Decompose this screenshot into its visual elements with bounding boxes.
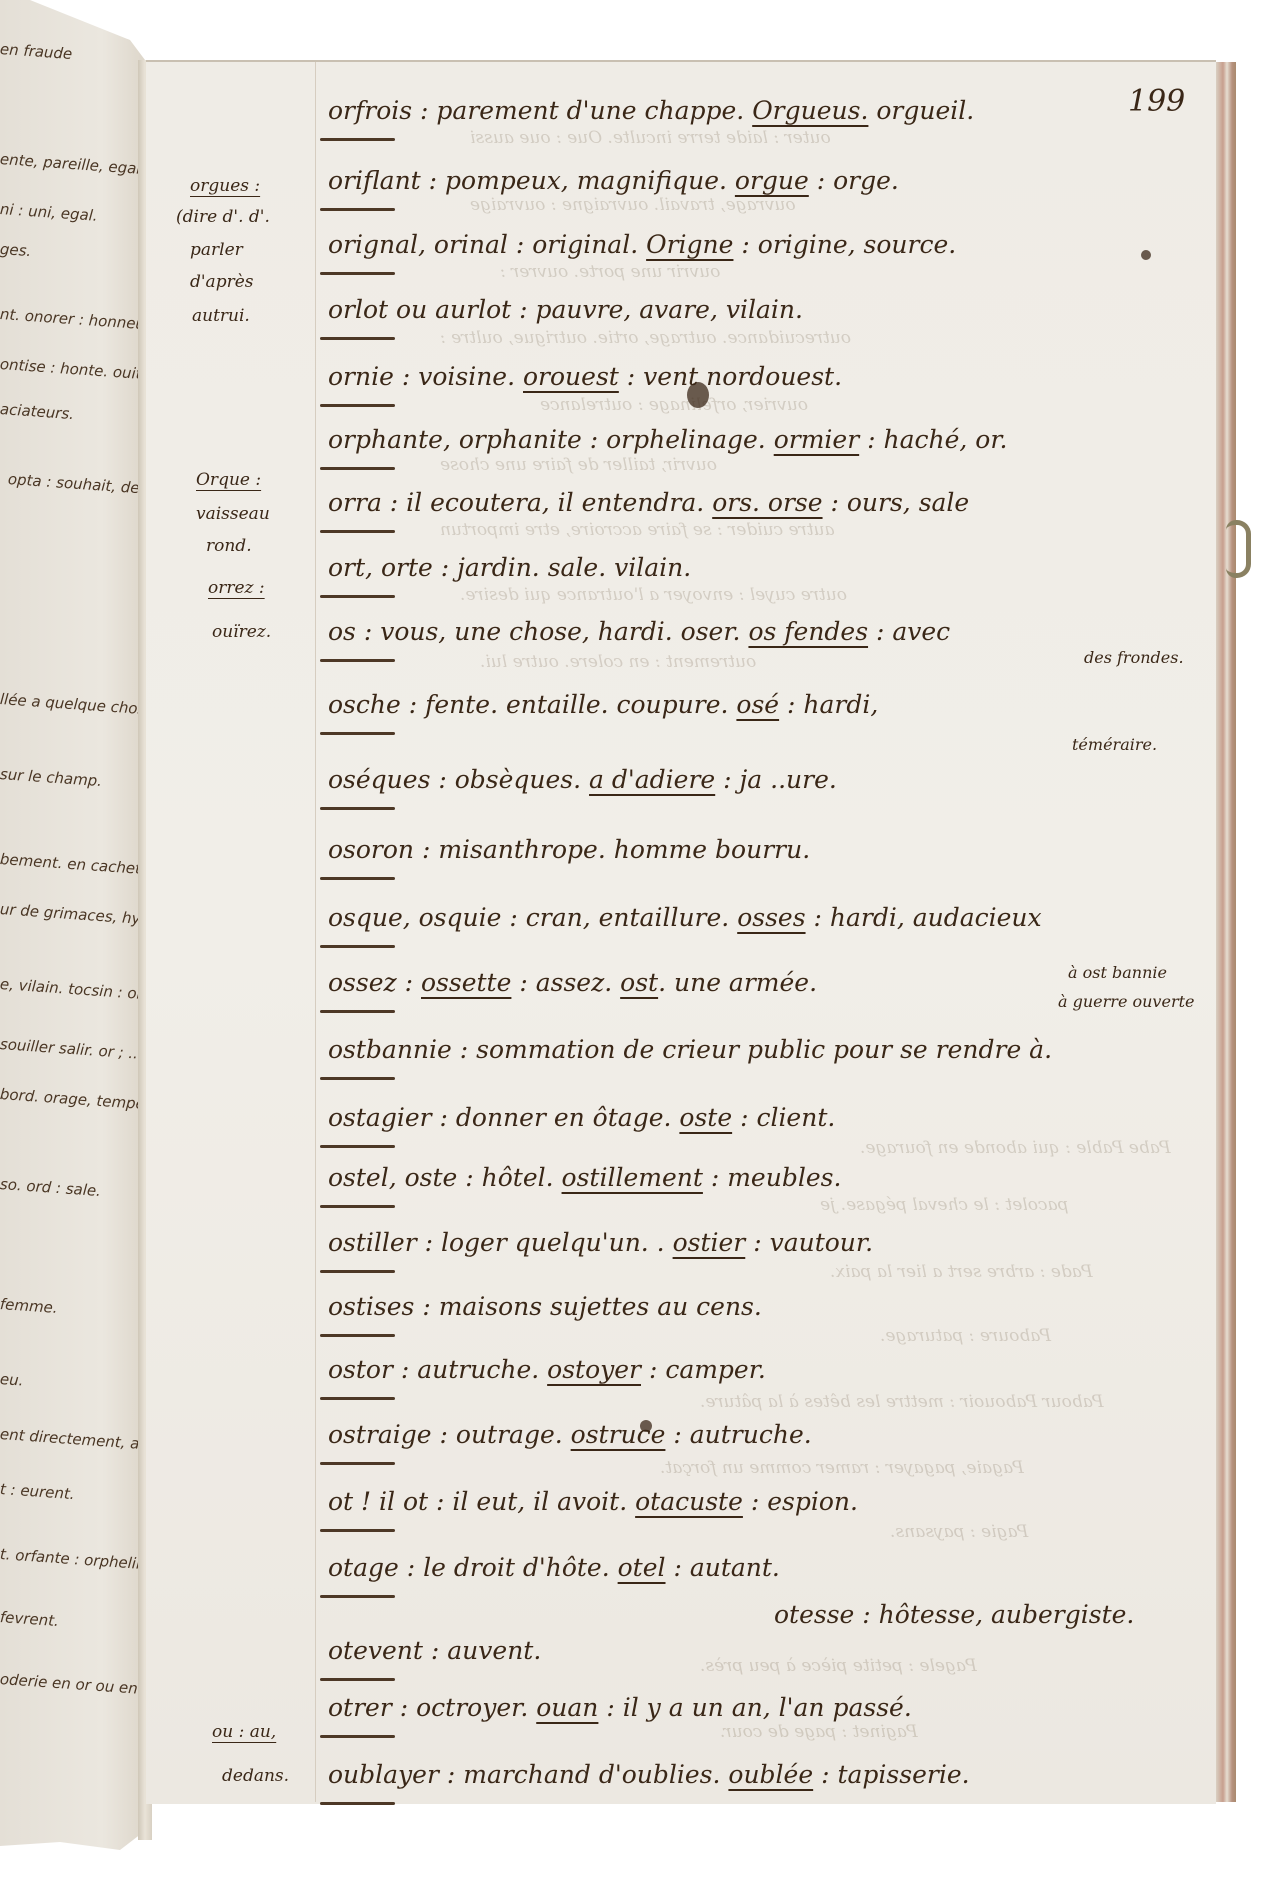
left-page-text-line: t. orfante : orpheline [0, 1545, 146, 1574]
entry-text: : tapisserie. [813, 1760, 969, 1789]
entry-text: : client. [732, 1103, 835, 1132]
page-edge [1216, 62, 1236, 1802]
entry-text: : ja ..ure. [715, 765, 837, 794]
continuation-text: des frondes. [1084, 648, 1184, 667]
underlined-headword: ost [620, 968, 658, 997]
entry-text: osche : fente. entaille. coupure. [328, 690, 736, 719]
entry-text: osque, osquie : cran, entaillure. [328, 903, 737, 932]
glossary-entry: ossez : ossette : assez. ost. une armée. [328, 968, 817, 997]
left-page-text-line: oderie en or ou en argent [0, 1670, 146, 1701]
entry-text: : haché, or. [859, 425, 1007, 454]
entry-separator-rule [320, 807, 395, 810]
entry-text: ostbannie : sommation de crieur public p… [328, 1035, 1052, 1064]
margin-note: orgues : [190, 176, 260, 196]
underlined-headword: otacuste [635, 1487, 743, 1516]
entry-separator-rule [320, 732, 395, 735]
left-page-text-line: fevrent. [0, 1608, 59, 1630]
underlined-headword: osé [736, 690, 779, 719]
margin-note: d'après [190, 272, 253, 292]
bleed-through-text: outre cuyel : envoyer a l'outrance qui d… [460, 585, 847, 605]
entry-text: : orge. [809, 166, 899, 195]
entry-text: . une armée. [658, 968, 817, 997]
left-page-text-line: ente, pareille, egal [0, 150, 141, 178]
entry-text: : pompeux, magnifique. [421, 166, 735, 195]
underlined-headword: ossette [421, 968, 511, 997]
margin-note: rond. [206, 536, 252, 556]
glossary-entry: ornie : voisine. orouest : vent nordoues… [328, 362, 842, 391]
bleed-through-text: ou​ter : laide terre inculte. Oue : oue … [470, 128, 831, 148]
glossary-entry: ostel, oste : hôtel. ostillement : meubl… [328, 1163, 841, 1192]
underlined-headword: ormier [774, 425, 859, 454]
entry-text: ostagier : donner en ôtage. [328, 1103, 679, 1132]
bleed-through-text: Paginet : page de cour. [720, 1722, 918, 1742]
glossary-entry: oublayer : marchand d'oublies. oublée : … [328, 1760, 970, 1789]
bleed-through-text: Pade : arbre sert a lier la paix. [830, 1262, 1093, 1282]
glossary-entry: orra : il ecoutera, il entendra. ors. or… [328, 488, 969, 517]
bleed-through-text: Pagaie, pagayer : ramer comme un forçat. [660, 1458, 1024, 1478]
entry-separator-rule [320, 1397, 395, 1400]
entry-text: orgueil. [868, 96, 974, 125]
glossary-entry: orphante, orphanite : orphelinage. ormie… [328, 425, 1007, 454]
entry-text: osoron : misanthrope. homme bourru. [328, 835, 810, 864]
entry-text: orlot ou aurlot : pauvre, avare, vilain. [328, 295, 803, 324]
left-page-fragment: en fraudeente, pareille, egalni : uni, e… [0, 0, 146, 1890]
entry-text: parement d'une chappe. [436, 96, 752, 125]
underlined-headword: Origne [646, 230, 733, 259]
glossary-entry: orfrois : parement d'une chappe. Orgueus… [328, 96, 974, 125]
left-page-text-line: en fraude [0, 40, 73, 63]
entry-text: : autruche. [665, 1420, 811, 1449]
entry-separator-rule [320, 1678, 395, 1681]
underlined-headword: osses [737, 903, 805, 932]
glossary-entry: ot ! il ot : il eut, il avoit. otacuste … [328, 1487, 858, 1516]
glossary-entry: ostagier : donner en ôtage. oste : clien… [328, 1103, 835, 1132]
left-page-text-line: eu. [0, 1370, 24, 1390]
left-page-text-line: aciateurs. [0, 400, 75, 423]
left-page-text-line: ni : uni, egal. [0, 200, 98, 225]
entry-text: orignal, orinal : original. [328, 230, 646, 259]
entry-text: os : vous, une chose, hardi. oser. [328, 617, 748, 646]
glossary-entry: otage : le droit d'hôte. otel : autant. [328, 1553, 780, 1582]
left-page-text-line: femme. [0, 1295, 58, 1317]
entry-separator-rule [320, 530, 395, 533]
bleed-through-text: ouvrir une porte. ouvrer : [500, 262, 720, 282]
bleed-through-text: ouvrir, tailler de faire une chose [440, 455, 717, 475]
entry-separator-rule [320, 208, 395, 211]
entry-text: : avec [868, 617, 950, 646]
entry-separator-rule [320, 404, 395, 407]
entry-separator-rule [320, 1529, 395, 1532]
underlined-headword: ostillement [562, 1163, 703, 1192]
entry-separator-rule [320, 1145, 395, 1148]
entry-text: : il y a un an, l'an passé. [598, 1693, 911, 1722]
glossary-entry: otevent : auvent. [328, 1636, 541, 1665]
glossary-entry: os : vous, une chose, hardi. oser. os fe… [328, 617, 950, 646]
glossary-entry: otrer : octroyer. ouan : il y a un an, l… [328, 1693, 912, 1722]
margin-note: parler [190, 240, 243, 260]
entry-separator-rule [320, 337, 395, 340]
entry-text: ort, orte : jardin. sale. vilain. [328, 553, 691, 582]
bleed-through-text: outrecuidance. outrage, ortie. outrigue,… [440, 328, 851, 348]
glossary-entry: ostbannie : sommation de crieur public p… [328, 1035, 1052, 1064]
left-page-text-line: sur le champ. [0, 765, 103, 790]
underlined-headword: ors. orse [712, 488, 822, 517]
entry-text: : camper. [641, 1355, 766, 1384]
glossary-entry: orlot ou aurlot : pauvre, avare, vilain. [328, 295, 803, 324]
entry-text: oublayer : marchand d'oublies. [328, 1760, 728, 1789]
entry-text: ostor : autruche. [328, 1355, 547, 1384]
glossary-entry: osoron : misanthrope. homme bourru. [328, 835, 810, 864]
underlined-headword: oublée [728, 1760, 813, 1789]
left-page-text-line: e, vilain. tocsin : ordee fin [0, 975, 146, 1007]
entry-separator-rule [320, 1205, 395, 1208]
margin-note: ouïrez. [212, 622, 271, 642]
margin-note: ou : au, [212, 1722, 276, 1742]
bleed-through-text: ouvrage, travail. ouvraigne : ouvraige [470, 195, 796, 215]
bleed-through-text: Pabe Pable : qui abonde en fourage. [860, 1138, 1171, 1158]
entry-text: otage : le droit d'hôte. [328, 1553, 618, 1582]
entry-separator-rule [320, 945, 395, 948]
continuation-text: téméraire. [1072, 735, 1157, 754]
left-page-text-line: bord. orage, tempête [0, 1085, 146, 1114]
bleed-through-text: pacolet : le cheval pégase. je [820, 1195, 1069, 1215]
entry-separator-rule [320, 467, 395, 470]
left-page-text-line: ur de grimaces, hypocrite. [0, 900, 146, 932]
glossary-entry: oséques : obsèques. a d'adiere : ja ..ur… [328, 765, 837, 794]
glossary-entry: osque, osquie : cran, entaillure. osses … [328, 903, 1042, 932]
entry-separator-rule [320, 1595, 395, 1598]
glossary-entry: ostises : maisons sujettes au cens. [328, 1292, 762, 1321]
entry-separator-rule [320, 1270, 395, 1273]
underlined-headword: oste [679, 1103, 732, 1132]
glossary-entry: oriflant : pompeux, magnifique. orgue : … [328, 166, 899, 195]
bleed-through-text: Paboure : paturage. [880, 1326, 1051, 1346]
underlined-headword: ostoyer [547, 1355, 641, 1384]
margin-note: orrez : [208, 578, 265, 598]
continuation-text: otesse : hôtesse, aubergiste. [774, 1600, 1134, 1629]
glossary-entry: osche : fente. entaille. coupure. osé : … [328, 690, 878, 719]
entry-text: ornie : voisine. [328, 362, 523, 391]
left-page-text-line: nt. onorer : honneur. [0, 305, 146, 334]
margin-rule [315, 62, 316, 1802]
entry-text: ossez : [328, 968, 421, 997]
bleed-through-text: Pabour Pabouoir : mettre les bêtes à la … [700, 1392, 1104, 1412]
margin-note: (dire d'. d'. [176, 207, 270, 227]
entry-separator-rule [320, 595, 395, 598]
entry-text: ostel, oste : hôtel. [328, 1163, 562, 1192]
left-page-text-line: so. ord : sale. [0, 1175, 102, 1200]
underlined-headword: ostruce [571, 1420, 666, 1449]
left-page-text-line: bement. en cachette. [0, 850, 146, 879]
bleed-through-text: Pagele : petite pièce à peu près. [700, 1656, 977, 1676]
left-page-text-line: ontise : honte. ouit [0, 355, 142, 383]
left-page-text-line: opta : souhait, desir ardent. [7, 470, 146, 503]
bleed-through-text: outrement : en colere. outre lui. [480, 652, 756, 672]
left-page-text-line: t : eurent. [0, 1480, 75, 1503]
entry-text: : espion. [743, 1487, 858, 1516]
underlined-headword: os fendes [748, 617, 868, 646]
entry-text: ot ! il ot : il eut, il avoit. [328, 1487, 635, 1516]
entry-text: : ours, sale [823, 488, 970, 517]
continuation-text: à guerre ouverte [1058, 992, 1194, 1011]
entry-separator-rule [320, 272, 395, 275]
underlined-headword: otel [618, 1553, 666, 1582]
continuation-text: à ost bannie [1068, 963, 1167, 982]
glossary-entry: ostraige : outrage. ostruce : autruche. [328, 1420, 812, 1449]
entry-text: otrer : octroyer. [328, 1693, 536, 1722]
entry-text: oriflant [328, 166, 421, 195]
entry-separator-rule [320, 877, 395, 880]
entry-separator-rule [320, 1334, 395, 1337]
entry-text: : autant. [666, 1553, 780, 1582]
entry-text: : meubles. [703, 1163, 842, 1192]
entry-text: ostiller : loger quelqu'un. . [328, 1228, 673, 1257]
glossary-entry: ostor : autruche. ostoyer : camper. [328, 1355, 766, 1384]
underlined-headword: orouest [523, 362, 619, 391]
underlined-headword: ouan [536, 1693, 598, 1722]
ink-blot [1141, 250, 1151, 260]
entry-text: orra : il ecoutera, il entendra. [328, 488, 712, 517]
glossary-entry: orignal, orinal : original. Origne : ori… [328, 230, 956, 259]
entry-text: : vautour. [745, 1228, 873, 1257]
entry-text: ostises : maisons sujettes au cens. [328, 1292, 762, 1321]
entry-text: otevent : auvent. [328, 1636, 541, 1665]
bleed-through-text: Pagie : paysans. [890, 1522, 1028, 1542]
underlined-headword: orgue [735, 166, 809, 195]
margin-note: vaisseau [196, 504, 270, 524]
left-page-text-line: ent directement, alors. [0, 1425, 146, 1455]
bleed-through-text: ouvrier, orfelinage : outrelance [540, 395, 808, 415]
entry-text: : origine, source. [733, 230, 956, 259]
entry-separator-rule [320, 1010, 395, 1013]
margin-note: Orque : [196, 470, 261, 490]
entry-separator-rule [320, 1077, 395, 1080]
entry-text: : hardi, audacieux [806, 903, 1042, 932]
entry-text: ostraige : outrage. [328, 1420, 571, 1449]
underlined-headword: a d'adiere [589, 765, 715, 794]
entry-text: : assez. [511, 968, 620, 997]
entry-separator-rule [320, 659, 395, 662]
entry-text: orfrois : [328, 96, 436, 125]
margin-note: dedans. [222, 1766, 289, 1786]
left-page-text-line: souiller salir. or ; ... [0, 1035, 143, 1063]
underlined-headword: Orgueus. [752, 96, 868, 125]
entry-separator-rule [320, 1802, 395, 1805]
left-page-text-line: llée a quelque chose. [0, 690, 146, 719]
glossary-entry: ort, orte : jardin. sale. vilain. [328, 553, 691, 582]
entry-separator-rule [320, 1462, 395, 1465]
left-page-text-line: ges. [0, 240, 32, 260]
entry-text: orphante, orphanite : orphelinage. [328, 425, 774, 454]
entry-text: : vent nordouest. [619, 362, 842, 391]
entry-text: oséques : obsèques. [328, 765, 589, 794]
page-number: 199 [1128, 84, 1185, 119]
entry-separator-rule [320, 138, 395, 141]
bookmark-string [1226, 520, 1251, 578]
bleed-through-text: autre cuider : se faire accroire, etre i… [440, 520, 835, 540]
entry-separator-rule [320, 1735, 395, 1738]
entry-text: : hardi, [779, 690, 878, 719]
glossary-entry: ostiller : loger quelqu'un. . ostier : v… [328, 1228, 873, 1257]
underlined-headword: ostier [673, 1228, 746, 1257]
margin-note: autrui. [192, 306, 250, 326]
